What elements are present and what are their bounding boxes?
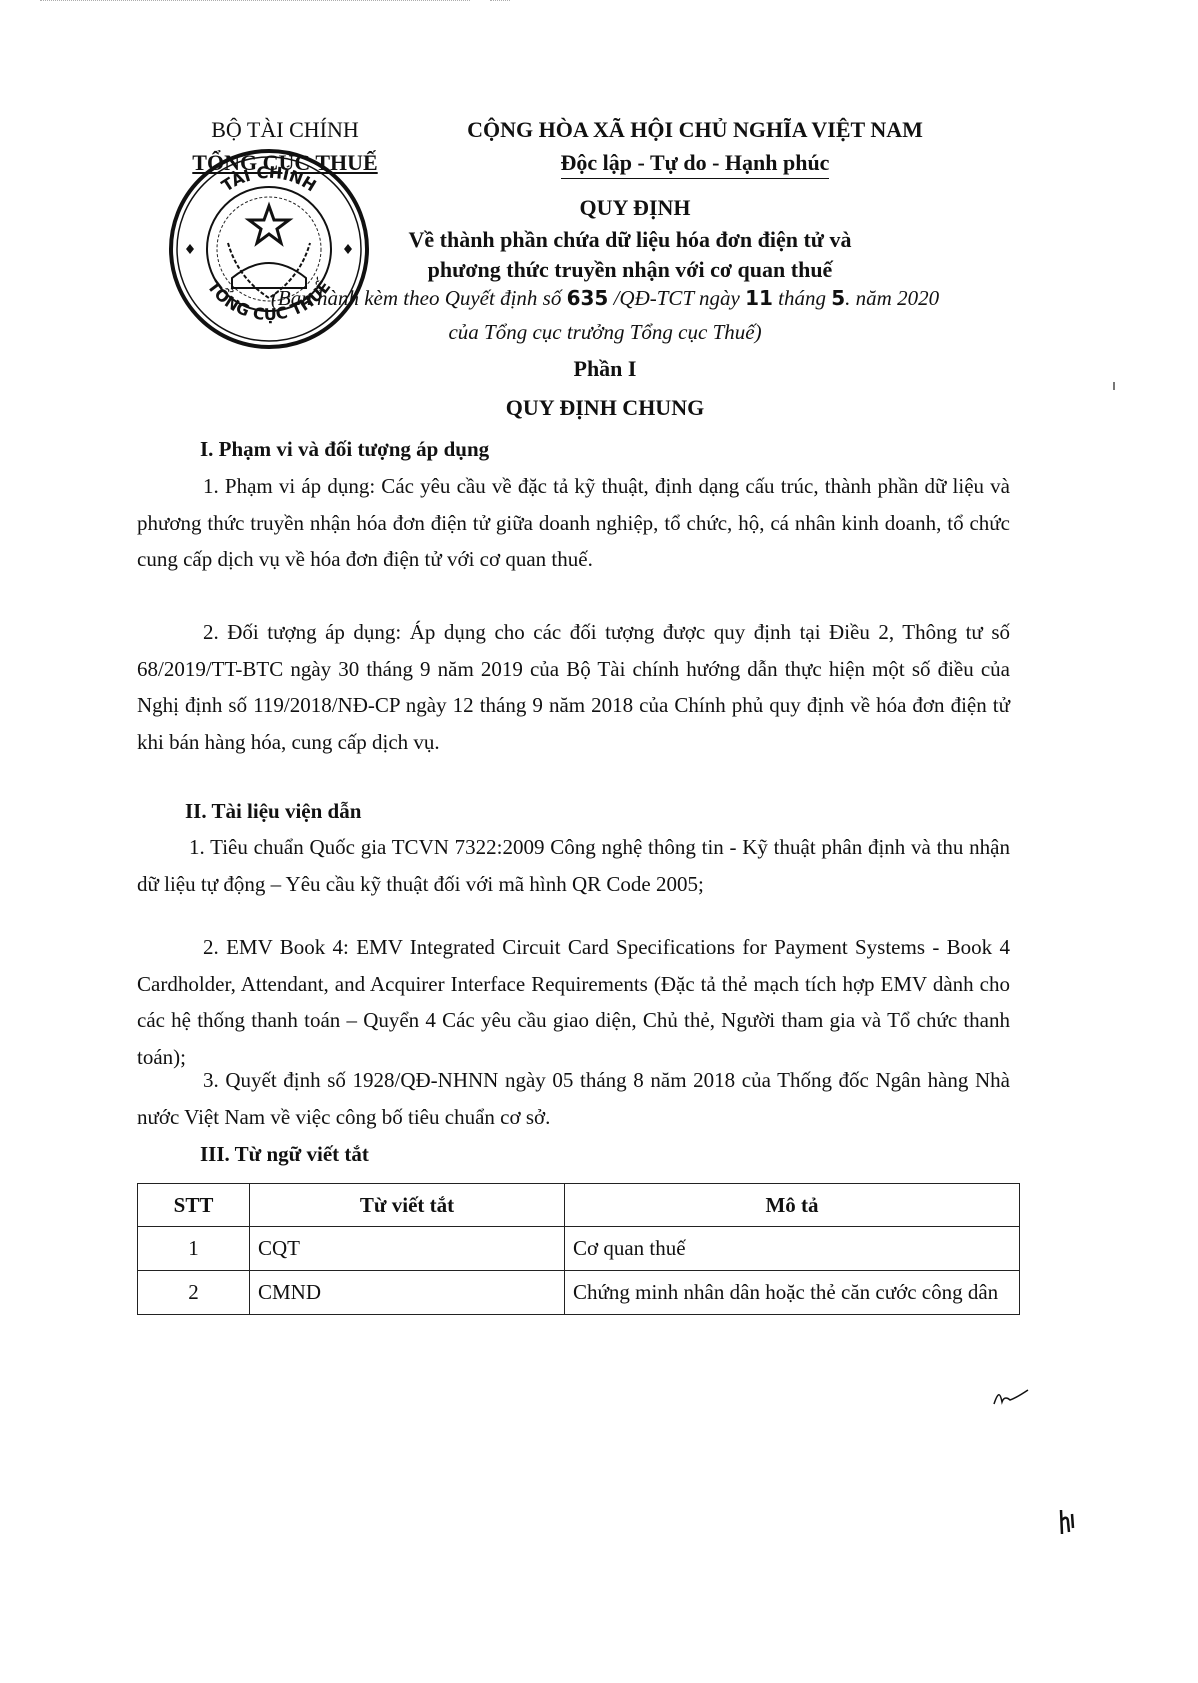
- scan-artifact: [490, 0, 510, 3]
- table-row: 1 CQT Cơ quan thuế: [138, 1227, 1020, 1271]
- part-label: Phần I: [155, 356, 1055, 382]
- section-heading: I. Phạm vi và đối tượng áp dụng: [200, 437, 489, 462]
- scan-artifact: [40, 0, 470, 3]
- document-title: QUY ĐỊNH: [430, 195, 840, 221]
- paragraph: 1. Phạm vi áp dụng: Các yêu cầu về đặc t…: [137, 468, 1010, 578]
- scan-artifact: [1113, 382, 1115, 390]
- paragraph: 3. Quyết định số 1928/QĐ-NHNN ngày 05 th…: [137, 1062, 1010, 1135]
- row-index: 1: [138, 1227, 250, 1271]
- abbreviation: CMND: [250, 1271, 565, 1315]
- national-header: CỘNG HÒA XÃ HỘI CHỦ NGHĨA VIỆT NAM Độc l…: [430, 113, 960, 179]
- issuance-note: (Ban hành kèm theo Quyết định số 635 /QĐ…: [155, 286, 1055, 311]
- ministry-name: BỘ TÀI CHÍNH: [160, 113, 410, 146]
- national-motto: Độc lập - Tự do - Hạnh phúc: [561, 148, 830, 179]
- paragraph: 2. Đối tượng áp dụng: Áp dụng cho các đố…: [137, 614, 1010, 760]
- abbreviation-table: STT Từ viết tắt Mô tả 1 CQT Cơ quan thuế…: [137, 1183, 1020, 1315]
- column-header: STT: [138, 1184, 250, 1227]
- issue-day: 11: [745, 286, 773, 310]
- document-subtitle-line1: Về thành phần chứa dữ liệu hóa đơn điện …: [300, 227, 960, 253]
- country-name: CỘNG HÒA XÃ HỘI CHỦ NGHĨA VIỆT NAM: [430, 113, 960, 146]
- document-subtitle-line2: phương thức truyền nhận với cơ quan thuế: [300, 257, 960, 283]
- issuance-note-line2: của Tổng cục trưởng Tổng cục Thuế): [155, 320, 1055, 345]
- initial-mark-icon: [1058, 1508, 1076, 1536]
- part-title: QUY ĐỊNH CHUNG: [155, 395, 1055, 421]
- paragraph: 2. EMV Book 4: EMV Integrated Circuit Ca…: [137, 929, 1010, 1075]
- section-heading: II. Tài liệu viện dẫn: [185, 799, 361, 824]
- table-row: 2 CMND Chứng minh nhân dân hoặc thẻ căn …: [138, 1271, 1020, 1315]
- description: Cơ quan thuế: [565, 1227, 1020, 1271]
- signature-mark-icon: [990, 1388, 1030, 1408]
- row-index: 2: [138, 1271, 250, 1315]
- column-header: Từ viết tắt: [250, 1184, 565, 1227]
- abbreviation: CQT: [250, 1227, 565, 1271]
- paragraph: 1. Tiêu chuẩn Quốc gia TCVN 7322:2009 Cô…: [137, 829, 1010, 902]
- issue-month: 5: [831, 286, 845, 310]
- description: Chứng minh nhân dân hoặc thẻ căn cước cô…: [565, 1271, 1020, 1315]
- section-heading: III. Từ ngữ viết tắt: [200, 1142, 369, 1167]
- table-header-row: STT Từ viết tắt Mô tả: [138, 1184, 1020, 1227]
- decision-number: 635: [567, 286, 609, 310]
- column-header: Mô tả: [565, 1184, 1020, 1227]
- svg-text:TÀI CHÍNH: TÀI CHÍNH: [218, 163, 320, 196]
